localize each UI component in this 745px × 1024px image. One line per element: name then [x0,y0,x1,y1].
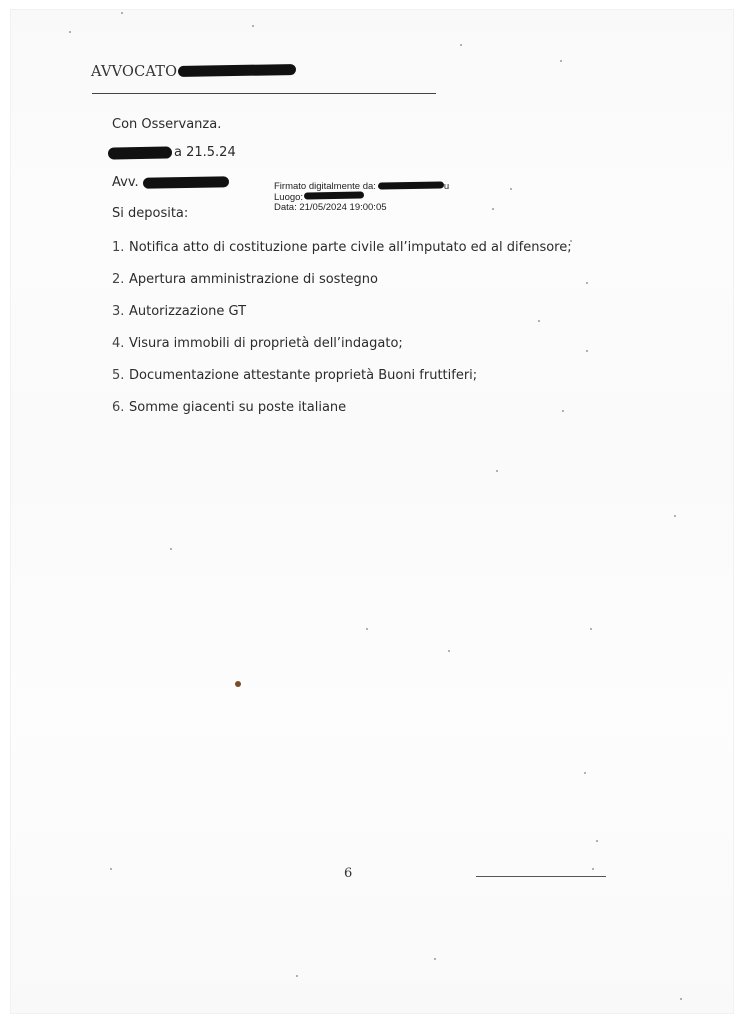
filing-intro: Si deposita: [112,206,188,221]
speck [596,840,598,842]
speck [252,25,254,27]
signatory: Avv. [112,175,229,190]
list-item-text: Visura immobili di proprietà dell’indaga… [129,336,403,351]
list-item: 4.Visura immobili di proprietà dell’inda… [112,336,403,351]
list-item: 3.Autorizzazione GT [112,304,246,319]
speck [434,958,436,960]
speck [560,60,562,62]
signature-date-line: Data: 21/05/2024 19:00:05 [274,203,449,214]
footer-signature-line [476,876,606,877]
speck [366,628,368,630]
letterhead: AVVOCATO [91,64,296,80]
speck [492,208,494,210]
speck [570,240,572,242]
speck [496,470,498,472]
list-item: 6.Somme giacenti su poste italiane [112,400,346,415]
speck [538,320,540,322]
redacted-lawyer-name [178,64,296,77]
speck [69,31,71,33]
list-item-text: Somme giacenti su poste italiane [129,400,346,415]
speck [590,628,592,630]
page-number: 6 [344,866,352,881]
list-item: 1.Notifica atto di costituzione parte ci… [112,240,572,255]
speck [460,44,462,46]
list-item-text: Documentazione attestante proprietà Buon… [129,368,477,383]
list-item: 2.Apertura amministrazione di sostegno [112,272,378,287]
list-item-text: Notifica atto di costituzione parte civi… [129,240,572,255]
date-text: a 21.5.24 [174,145,236,160]
list-item-number: 2. [112,272,129,287]
speck [448,650,450,652]
list-item-number: 1. [112,240,129,255]
signer-suffix: u [444,181,449,192]
signatory-prefix: Avv. [112,175,139,190]
letterhead-title: AVVOCATO [91,64,177,80]
speck [680,998,682,1000]
list-item: 5.Documentazione attestante proprietà Bu… [112,368,477,383]
speck [170,548,172,550]
redacted-signer [378,181,444,189]
redacted-signatory-name [143,176,229,188]
redacted-signature-place [304,192,364,200]
speck [586,282,588,284]
place-label: Luogo: [274,192,303,203]
speck [510,188,512,190]
speck [110,868,112,870]
letterhead-divider [92,93,436,94]
speck [121,12,123,14]
list-item-number: 4. [112,336,129,351]
digital-signature-stamp: Firmato digitalmente da:u Luogo: Data: 2… [274,182,449,214]
list-item-number: 3. [112,304,129,319]
list-item-text: Apertura amministrazione di sostegno [129,272,378,287]
scanned-document: AVVOCATO Con Osservanza. a 21.5.24 Avv. … [0,0,745,1024]
speck [296,975,298,977]
signed-by-label: Firmato digitalmente da: [274,181,376,192]
paper-stain [235,681,241,687]
list-item-text: Autorizzazione GT [129,304,246,319]
redacted-place [108,146,172,159]
list-item-number: 6. [112,400,129,415]
place-and-date: a 21.5.24 [108,145,236,160]
speck [586,350,588,352]
closing-greeting: Con Osservanza. [112,117,221,132]
speck [592,868,594,870]
speck [674,515,676,517]
list-item-number: 5. [112,368,129,383]
speck [584,772,586,774]
speck [562,410,564,412]
